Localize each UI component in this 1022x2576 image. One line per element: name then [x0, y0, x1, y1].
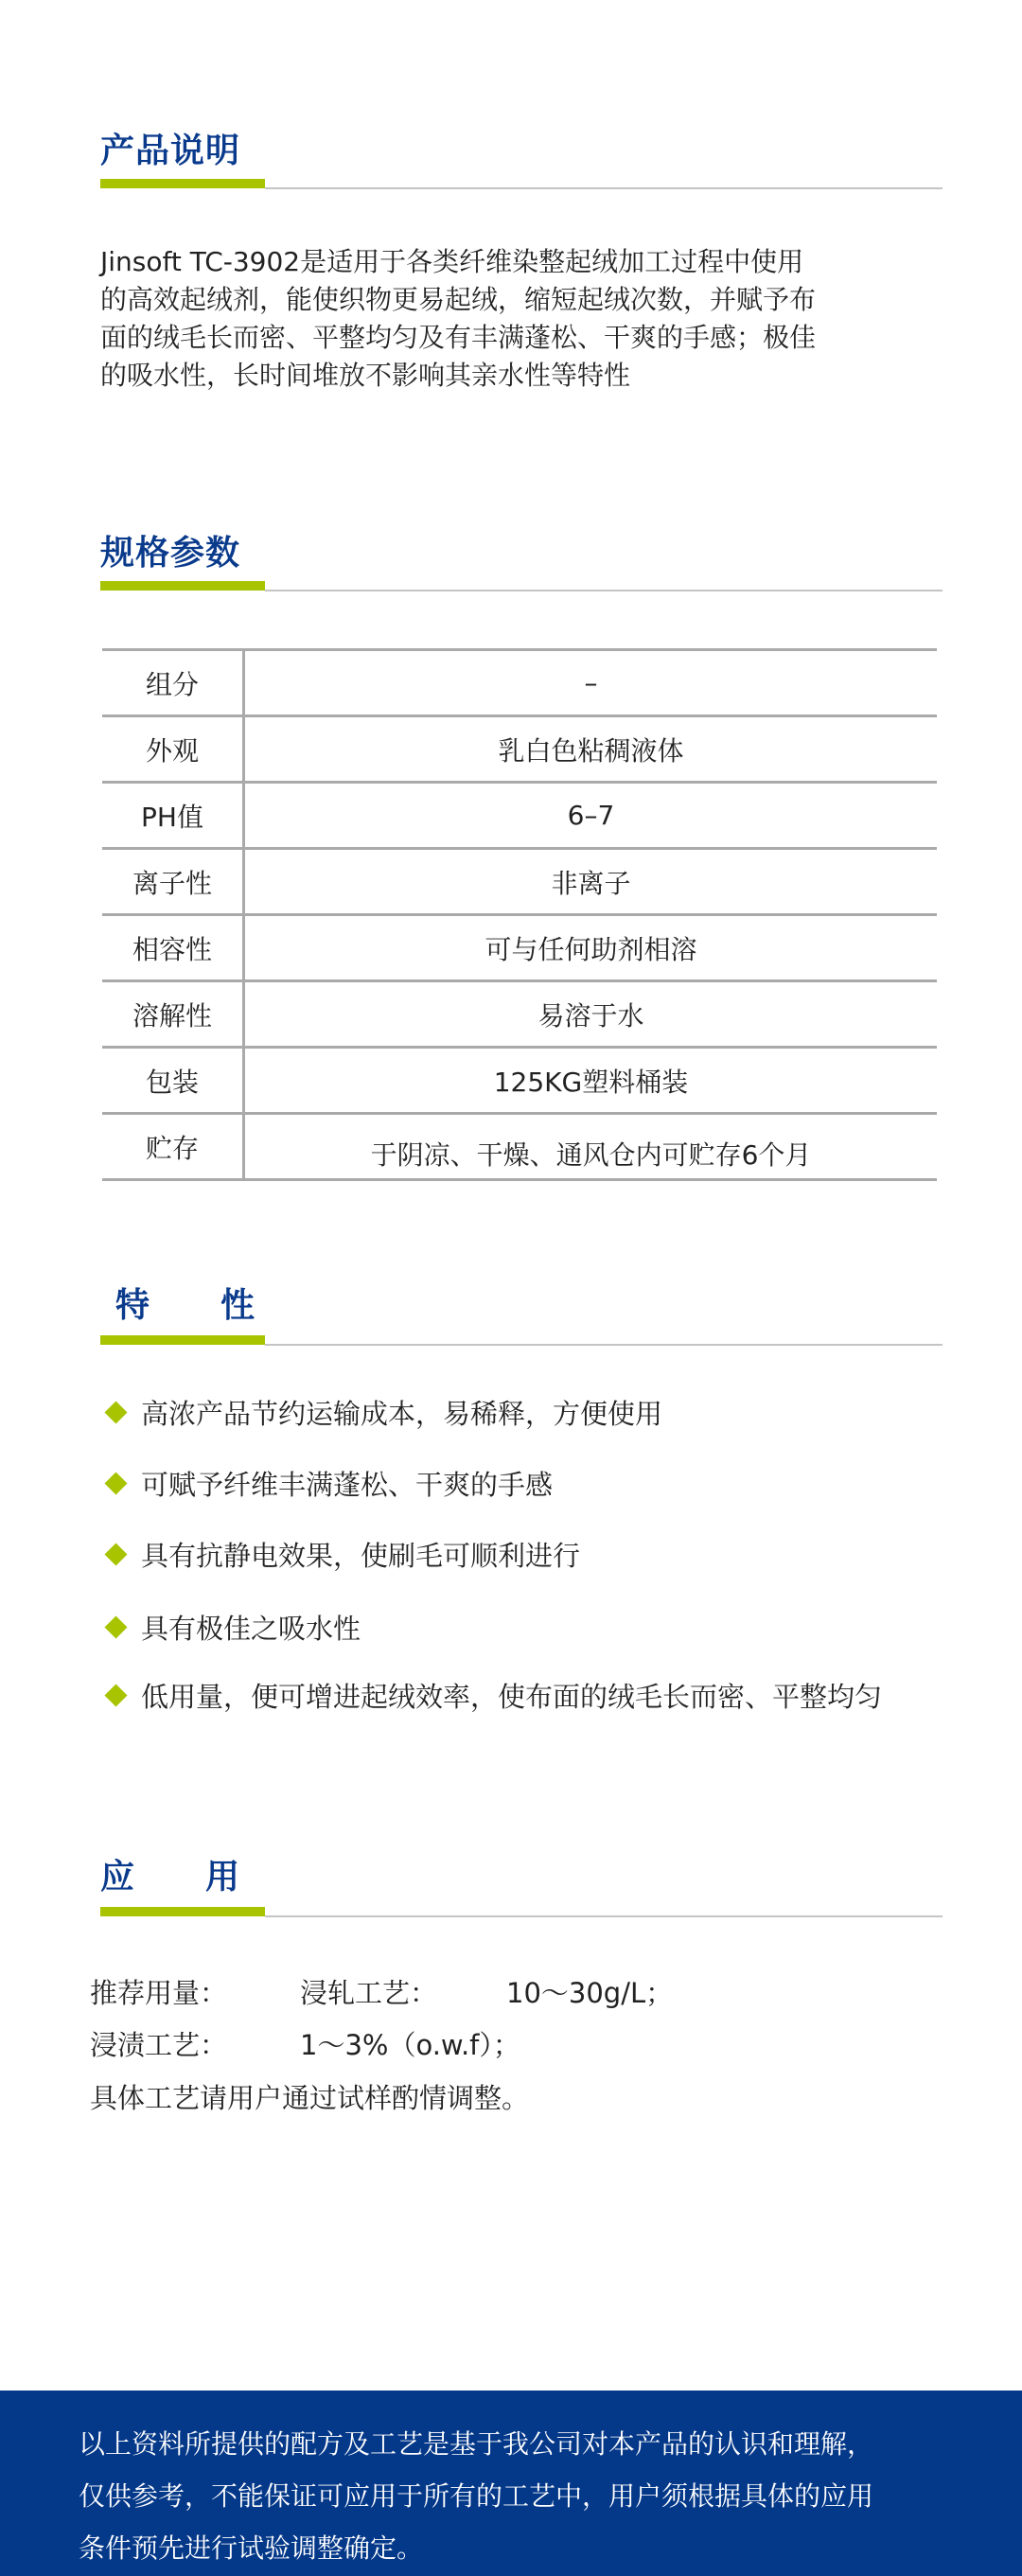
product-description: Jinsoft TC-3902是适用于各类纤维染整起绒加工过程中使用 的高效起绒… — [100, 243, 952, 395]
recommended-dosage-line: 推荐用量：浸轧工艺：10～30g/L； — [90, 1974, 673, 2012]
table-row: 组分– — [102, 650, 937, 716]
diamond-bullet-icon — [104, 1684, 127, 1706]
spec-key: 相容性 — [102, 915, 244, 981]
diamond-bullet-icon — [104, 1401, 127, 1423]
padding-value: 10～30g/L； — [506, 1974, 673, 2012]
section-title-features: 特 性 — [115, 1287, 255, 1325]
divider-line — [265, 187, 943, 189]
exhaust-process-line: 浸渍工艺：1～3%（o.w.f）； — [90, 2026, 520, 2064]
feature-text: 具有抗静电效果，使刷毛可顺利进行 — [141, 1535, 580, 1574]
divider-line — [265, 590, 943, 591]
feature-text: 可赋予纤维丰满蓬松、干爽的手感 — [141, 1464, 553, 1503]
feature-item: 低用量，便可增进起绒效率，使布面的绒毛长而密、平整均匀 — [104, 1676, 882, 1715]
table-row: PH值6–7 — [102, 783, 937, 849]
section-title-specs: 规格参数 — [100, 535, 240, 573]
feature-item: 可赋予纤维丰满蓬松、干爽的手感 — [104, 1464, 553, 1503]
accent-bar — [100, 1335, 265, 1345]
section-divider — [100, 1907, 943, 1918]
feature-item: 具有抗静电效果，使刷毛可顺利进行 — [104, 1535, 580, 1574]
spec-table: 组分– 外观乳白色粘稠液体 PH值6–7 离子性非离子 相容性可与任何助剂相溶 … — [102, 648, 937, 1181]
spec-key: 外观 — [102, 716, 244, 783]
spec-key: 组分 — [102, 650, 244, 716]
description-line: 的吸水性，长时间堆放不影响其亲水性等特性 — [100, 357, 952, 395]
disclaimer-line: 条件预先进行试验调整确定。 — [79, 2530, 423, 2567]
padding-label: 浸轧工艺： — [300, 1974, 506, 2012]
spec-key: PH值 — [102, 783, 244, 849]
section-divider — [100, 1335, 943, 1347]
feature-item: 高浓产品节约运输成本，易稀释，方便使用 — [104, 1393, 662, 1432]
disclaimer-line: 仅供参考，不能保证可应用于所有的工艺中，用户须根据具体的应用 — [79, 2478, 873, 2515]
section-divider — [100, 179, 943, 190]
spec-value: 乳白色粘稠液体 — [244, 716, 938, 783]
diamond-bullet-icon — [104, 1543, 127, 1565]
application-note: 具体工艺请用户通过试样酌情调整。 — [90, 2079, 529, 2117]
spec-value: 易溶于水 — [244, 981, 938, 1048]
recommended-label: 推荐用量： — [90, 1974, 300, 2012]
section-title-application: 应 用 — [100, 1859, 240, 1897]
spec-key: 离子性 — [102, 849, 244, 915]
feature-text: 高浓产品节约运输成本，易稀释，方便使用 — [141, 1393, 662, 1432]
spec-value: – — [244, 650, 938, 716]
feature-text: 低用量，便可增进起绒效率，使布面的绒毛长而密、平整均匀 — [141, 1676, 882, 1715]
divider-line — [265, 1344, 943, 1346]
description-line: 的高效起绒剂，能使织物更易起绒，缩短起绒次数，并赋予布 — [100, 281, 952, 319]
feature-text: 具有极佳之吸水性 — [141, 1608, 361, 1647]
exhaust-value: 1～3%（o.w.f）； — [300, 2026, 520, 2064]
table-row: 离子性非离子 — [102, 849, 937, 915]
table-row: 贮存于阴凉、干燥、通风仓内可贮存6个月 — [102, 1114, 937, 1180]
description-line: Jinsoft TC-3902是适用于各类纤维染整起绒加工过程中使用 — [100, 243, 952, 281]
description-line: 面的绒毛长而密、平整均匀及有丰满蓬松、干爽的手感；极佳 — [100, 319, 952, 357]
spec-key: 溶解性 — [102, 981, 244, 1048]
table-row: 相容性可与任何助剂相溶 — [102, 915, 937, 981]
accent-bar — [100, 581, 265, 591]
spec-key: 贮存 — [102, 1114, 244, 1180]
table-row: 外观乳白色粘稠液体 — [102, 716, 937, 783]
exhaust-label: 浸渍工艺： — [90, 2026, 300, 2064]
accent-bar — [100, 1907, 265, 1916]
diamond-bullet-icon — [104, 1472, 127, 1494]
disclaimer-footer: 以上资料所提供的配方及工艺是基于我公司对本产品的认识和理解， 仅供参考，不能保证… — [0, 2391, 1022, 2576]
diamond-bullet-icon — [104, 1615, 127, 1638]
section-title-description: 产品说明 — [100, 132, 240, 170]
divider-line — [265, 1915, 943, 1917]
spec-key: 包装 — [102, 1048, 244, 1114]
spec-value: 125KG塑料桶装 — [244, 1048, 938, 1114]
feature-item: 具有极佳之吸水性 — [104, 1608, 361, 1647]
table-row: 溶解性易溶于水 — [102, 981, 937, 1048]
spec-value: 于阴凉、干燥、通风仓内可贮存6个月 — [244, 1114, 938, 1180]
section-divider — [100, 581, 943, 592]
accent-bar — [100, 179, 265, 188]
disclaimer-line: 以上资料所提供的配方及工艺是基于我公司对本产品的认识和理解， — [79, 2426, 873, 2463]
spec-value: 非离子 — [244, 849, 938, 915]
spec-value: 6–7 — [244, 783, 938, 849]
table-row: 包装125KG塑料桶装 — [102, 1048, 937, 1114]
spec-value: 可与任何助剂相溶 — [244, 915, 938, 981]
